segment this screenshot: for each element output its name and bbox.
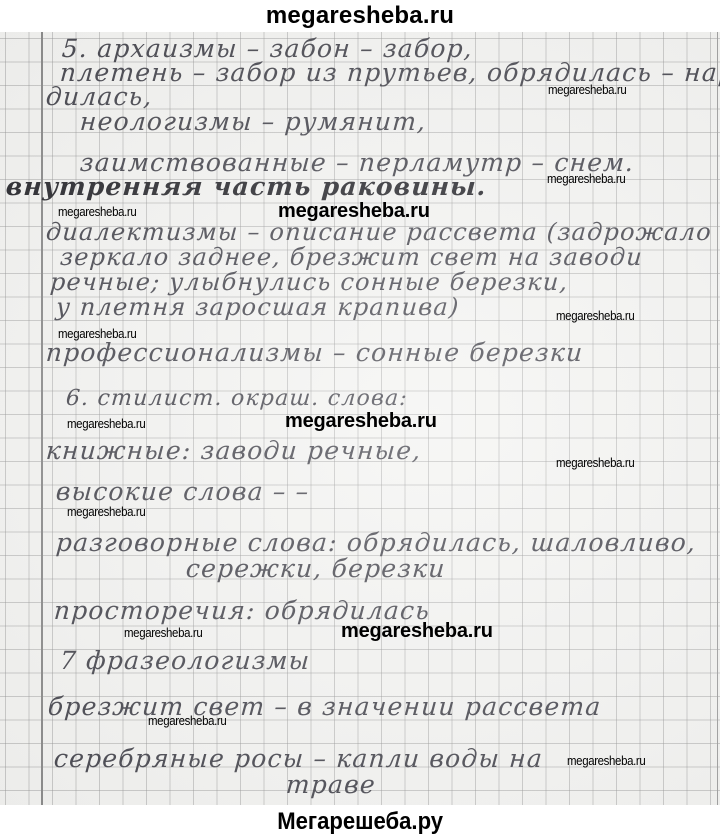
watermark: megaresheba.ru — [58, 204, 136, 219]
watermark: megaresheba.ru — [556, 455, 634, 470]
handwritten-line: брезжит свет – в значении рассвета — [47, 692, 602, 721]
site-watermark-header: megaresheba.ru — [266, 2, 454, 29]
handwritten-line: высокие слова – – — [55, 477, 310, 506]
handwritten-line: книжные: заводи речные, — [45, 436, 422, 465]
handwritten-line: траве — [285, 770, 377, 799]
handwritten-line: разговорные слова: обрядилась, шаловливо… — [55, 528, 697, 557]
watermark: megaresheba.ru — [278, 200, 430, 223]
handwritten-line: зеркало заднее, брезжит свет на заводи — [59, 243, 644, 271]
watermark: megaresheba.ru — [67, 504, 145, 519]
watermark: megaresheba.ru — [341, 620, 493, 643]
handwritten-line: серебряные росы – капли воды на — [53, 744, 544, 773]
top-watermark-band: megaresheba.ru — [0, 0, 720, 32]
handwritten-line: профессионализмы – сонные березки — [45, 338, 584, 367]
page-edge — [717, 32, 718, 805]
watermark: megaresheba.ru — [124, 625, 202, 640]
notebook-page: 5. архаизмы – забон – забор, плетень – з… — [0, 32, 720, 805]
watermark: megaresheba.ru — [567, 753, 645, 768]
handwritten-line: 6. стилист. окраш. слова: — [65, 386, 409, 411]
watermark: megaresheba.ru — [285, 410, 437, 433]
bottom-site-band: Мегарешеба.ру — [0, 805, 720, 839]
handwritten-line: неологизмы – румянит, — [79, 107, 427, 136]
handwritten-line: внутренняя часть раковины. — [5, 172, 488, 201]
handwritten-line: сережки, березки — [185, 554, 447, 583]
watermark: megaresheba.ru — [547, 171, 625, 186]
watermark: megaresheba.ru — [548, 82, 626, 97]
watermark: megaresheba.ru — [148, 713, 226, 728]
watermark: megaresheba.ru — [58, 326, 136, 341]
handwritten-line: 7 фразеологизмы — [59, 646, 311, 675]
watermark: megaresheba.ru — [67, 416, 145, 431]
site-name-footer: Мегарешеба.ру — [277, 805, 443, 839]
handwritten-line: речные; улыбнулись сонные березки, — [49, 268, 569, 296]
margin-line — [41, 32, 43, 805]
handwritten-line: у плетня заросшая крапива) — [55, 293, 461, 321]
watermark: megaresheba.ru — [556, 308, 634, 323]
